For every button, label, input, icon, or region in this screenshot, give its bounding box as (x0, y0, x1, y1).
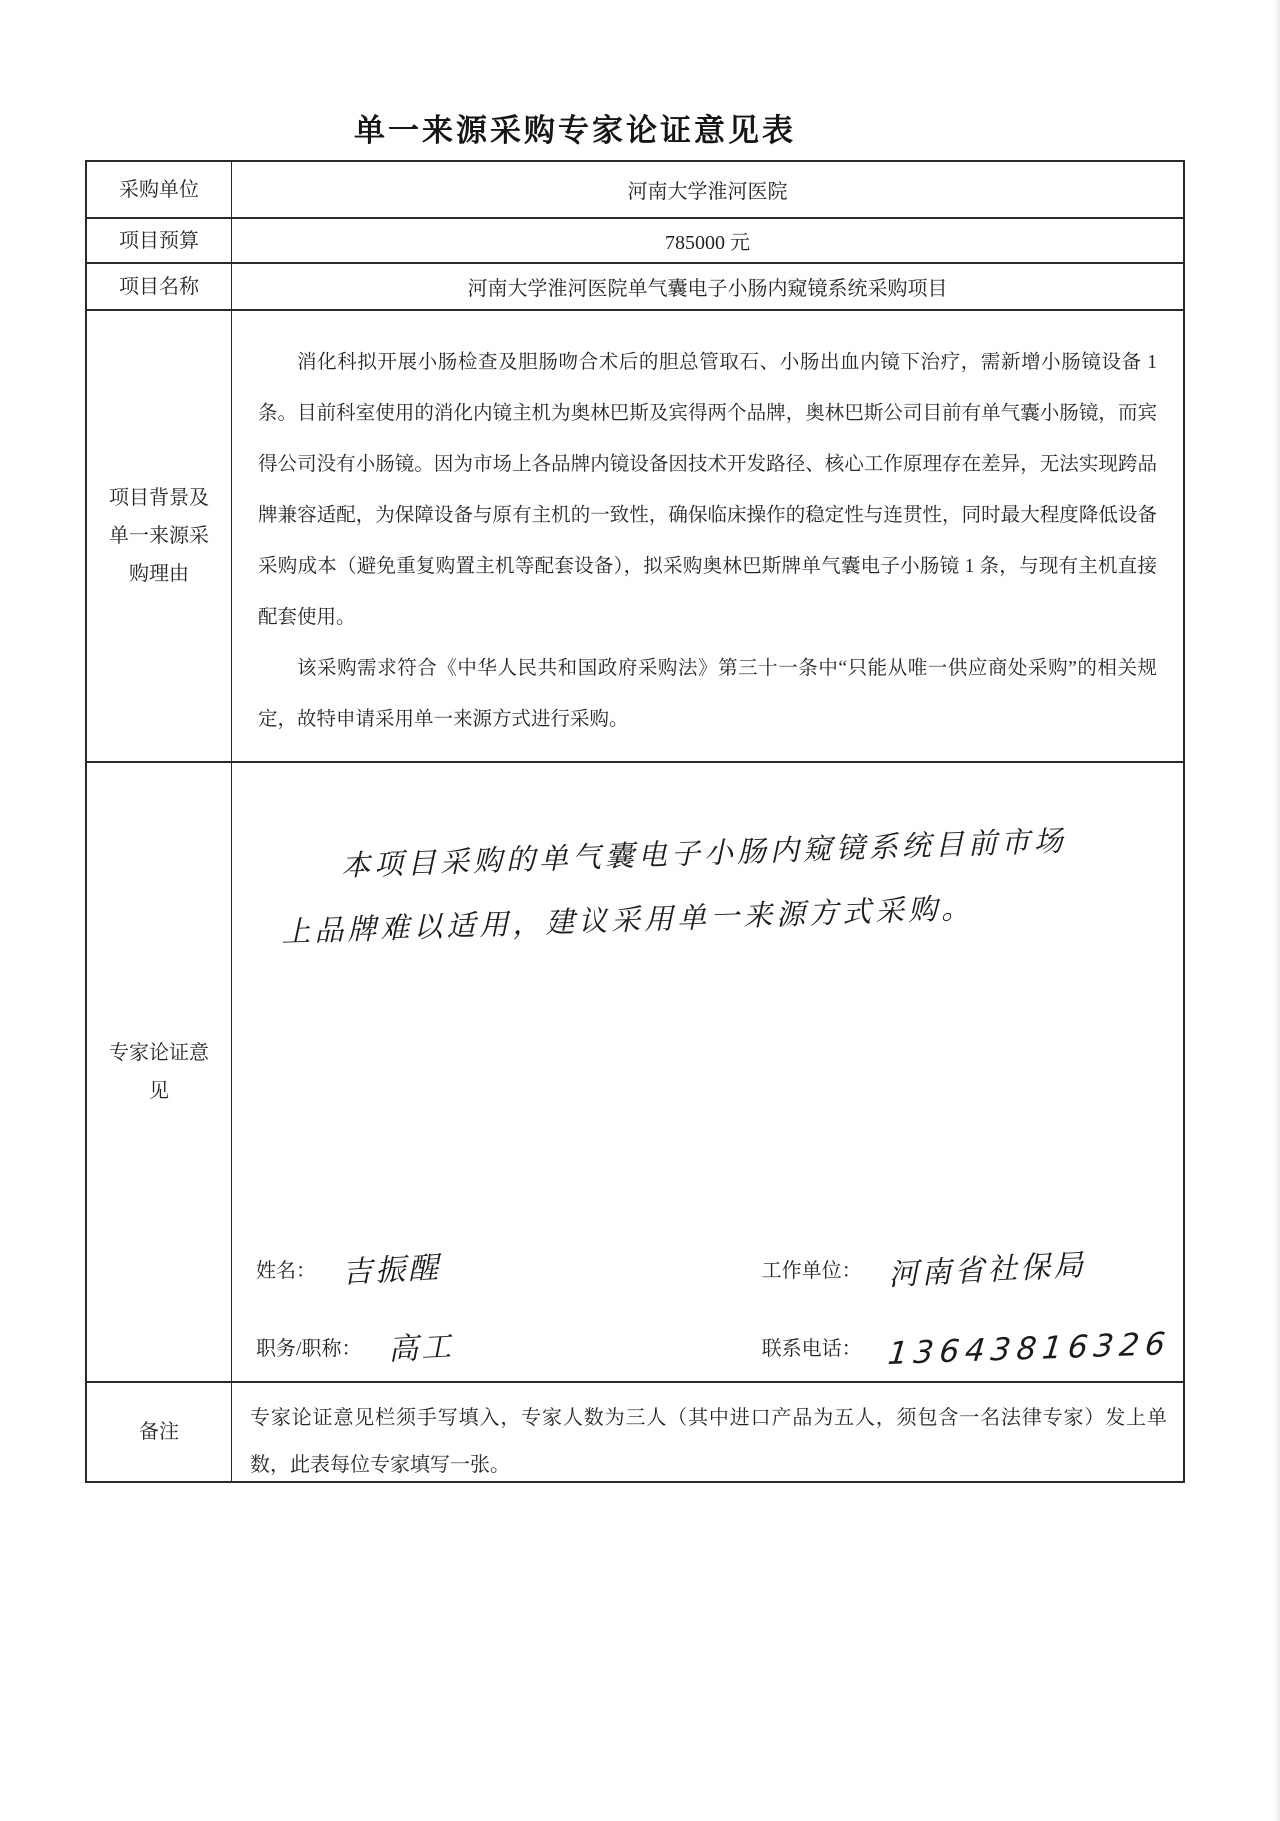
background-paragraph-2: 该采购需求符合《中华人民共和国政府采购法》第三十一条中“只能从唯一供应商处采购”… (258, 643, 1157, 745)
background-label: 项目背景及单一来源采购理由 (87, 311, 232, 761)
table-row-background: 项目背景及单一来源采购理由 消化科拟开展小肠检查及胆肠吻合术后的胆总管取石、小肠… (87, 311, 1183, 763)
expert-info-fields: 姓名： 吉振醒 工作单位： 河南省社保局 职务/职称： 高工 联系电话： 136… (256, 1245, 1159, 1367)
background-text: 消化科拟开展小肠检查及胆肠吻合术后的胆总管取石、小肠出血内镜下治疗，需新增小肠镜… (232, 311, 1183, 761)
scanned-form-page: { "page": { "title": "单一来源采购专家论证意见表" }, … (0, 0, 1280, 1821)
project-budget-label: 项目预算 (87, 219, 232, 262)
page-title: 单一来源采购专家论证意见表 (0, 105, 1150, 150)
phone-field-label: 联系电话： (762, 1332, 862, 1367)
name-field-label: 姓名： (256, 1254, 316, 1289)
remark-text: 专家论证意见栏须手写填入，专家人数为三人（其中进口产品为五人，须包含一名法律专家… (232, 1383, 1183, 1481)
name-field-handwritten-value: 吉振醒 (341, 1242, 442, 1291)
work-unit-field: 工作单位： 河南省社保局 (762, 1245, 1159, 1289)
name-field: 姓名： 吉振醒 (256, 1245, 762, 1289)
remark-label: 备注 (87, 1383, 232, 1481)
table-row-project-name: 项目名称 河南大学淮河医院单气囊电子小肠内窥镜系统采购项目 (87, 264, 1183, 311)
job-title-field-label: 职务/职称： (256, 1332, 362, 1367)
table-row-remark: 备注 专家论证意见栏须手写填入，专家人数为三人（其中进口产品为五人，须包含一名法… (87, 1383, 1183, 1481)
purchasing-unit-label: 采购单位 (87, 162, 232, 217)
project-budget-value: 785000 元 (232, 219, 1183, 262)
work-unit-field-label: 工作单位： (762, 1254, 862, 1289)
table-row-purchasing-unit: 采购单位 河南大学淮河医院 (87, 162, 1183, 219)
expert-opinion-cell: 本项目采购的单气囊电子小肠内窥镜系统目前市场 上品牌难以适用，建议采用单一来源方… (232, 763, 1183, 1381)
background-paragraph-1: 消化科拟开展小肠检查及胆肠吻合术后的胆总管取石、小肠出血内镜下治疗，需新增小肠镜… (258, 337, 1157, 643)
phone-field-handwritten-value: 13643816326 (886, 1326, 1173, 1372)
table-row-expert-opinion: 专家论证意见 本项目采购的单气囊电子小肠内窥镜系统目前市场 上品牌难以适用，建议… (87, 763, 1183, 1383)
project-name-label: 项目名称 (87, 264, 232, 309)
phone-field: 联系电话： 13643816326 (762, 1323, 1159, 1367)
table-row-project-budget: 项目预算 785000 元 (87, 219, 1183, 264)
scan-edge-shadow (1274, 0, 1280, 1821)
opinion-form-table: 采购单位 河南大学淮河医院 项目预算 785000 元 项目名称 河南大学淮河医… (85, 160, 1185, 1483)
handwritten-opinion: 本项目采购的单气囊电子小肠内窥镜系统目前市场 上品牌难以适用，建议采用单一来源方… (270, 806, 1145, 964)
purchasing-unit-value: 河南大学淮河医院 (232, 162, 1183, 217)
expert-opinion-label: 专家论证意见 (87, 763, 232, 1381)
job-title-field-handwritten-value: 高工 (386, 1321, 454, 1368)
project-name-value: 河南大学淮河医院单气囊电子小肠内窥镜系统采购项目 (232, 264, 1183, 309)
work-unit-field-handwritten-value: 河南省社保局 (887, 1240, 1087, 1294)
job-title-field: 职务/职称： 高工 (256, 1323, 762, 1367)
